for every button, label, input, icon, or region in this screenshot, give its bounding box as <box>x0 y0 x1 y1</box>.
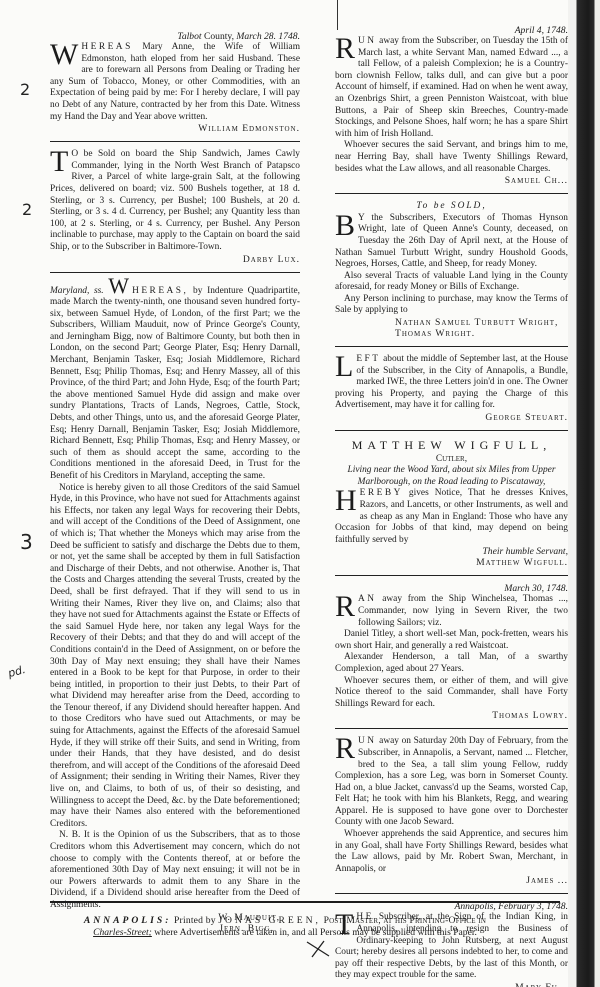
signature: Mary Fu... <box>335 982 568 987</box>
signature: Matthew Wigfull. <box>335 557 568 568</box>
margin-note-2b: 2 <box>22 200 32 219</box>
ad-body: Notice is hereby given to all those Cred… <box>50 483 300 831</box>
signature: Darby Lux. <box>50 254 300 265</box>
dateline: Annapolis, February 3, 1748. <box>335 901 568 912</box>
imprint-street: Charles-Street; <box>93 927 152 938</box>
cross-mark-icon <box>306 940 330 958</box>
drop-cap: H <box>335 489 357 513</box>
bottom-rule <box>50 901 560 903</box>
ad-body: away from the Ship Winchelsea, Thomas ..… <box>358 594 568 627</box>
ad-body: Whoever apprehends the said Apprentice, … <box>335 829 568 875</box>
drop-cap: R <box>335 37 355 61</box>
drop-cap: B <box>335 214 355 238</box>
signature: Thomas Wright. <box>335 328 568 339</box>
ad-body: by Indenture Quadripartite, made March t… <box>50 286 300 482</box>
drop-cap: R <box>335 737 355 761</box>
ad-body: Mary Anne, the Wife of William Edmonston… <box>50 42 300 122</box>
signature: William Edmonston. <box>50 123 300 134</box>
imprint-printer: JONAS GREEN, <box>218 915 321 926</box>
ad-body: Whoever secures the said Servant, and br… <box>335 140 568 175</box>
margin-note-3: 3 <box>20 530 33 554</box>
divider <box>335 193 568 194</box>
ad-body: Alexander Henderson, a tall Man, of a sw… <box>335 652 568 675</box>
ad-body: the Subscribers, Executors of Thomas Hyn… <box>335 213 568 269</box>
ad-body: away on Saturday 20th Day of February, f… <box>335 736 568 827</box>
ad-body: Daniel Titley, a short well-set Man, poc… <box>335 629 568 652</box>
ad-runaway-apprentice: RUN away on Saturday 20th Day of Februar… <box>335 736 568 886</box>
dateline: March 30, 1748. <box>335 583 568 594</box>
ad-runaway-servant: April 4, 1748. RUN away from the Subscri… <box>335 25 568 186</box>
divider <box>335 346 568 347</box>
ad-heading: To be SOLD, <box>335 201 568 213</box>
ad-body: Any Person inclining to purchase, may kn… <box>335 294 568 317</box>
drop-cap: W <box>50 43 78 67</box>
signature: James ... <box>335 875 568 886</box>
imprint-city: ANNAPOLIS: <box>84 915 172 926</box>
drop-cap: W <box>108 273 129 298</box>
ad-salt-sale: TO be Sold on board the Ship Sandwich, J… <box>50 149 300 264</box>
imprint: ANNAPOLIS: Printed by JONAS GREEN, Post-… <box>60 915 510 939</box>
dateline: April 4, 1748. <box>335 25 568 36</box>
divider <box>335 728 568 729</box>
divider <box>335 893 568 894</box>
signature: George Steuart. <box>335 412 568 423</box>
ad-left-bundle: LEFT about the middle of September last,… <box>335 354 568 423</box>
divider <box>50 141 300 142</box>
newspaper-page: 2 2 3 pd. Talbot County, March 28. 1748.… <box>0 0 600 987</box>
dateline: Talbot County, March 28. 1748. <box>50 31 300 42</box>
signature: Nathan Samuel Turbutt Wright, <box>335 317 568 328</box>
ad-executors-sale: To be SOLD, BY the Subscribers, Executor… <box>335 201 568 339</box>
left-column: Talbot County, March 28. 1748. WHEREAS M… <box>50 0 300 934</box>
divider <box>335 430 568 431</box>
divider <box>335 575 568 576</box>
ad-runaway-sailors: March 30, 1748. RAN away from the Ship W… <box>335 583 568 721</box>
ad-body: Whoever secures them, or either of them,… <box>335 676 568 711</box>
right-column: April 4, 1748. RUN away from the Subscri… <box>335 0 568 987</box>
margin-note-2a: 2 <box>20 80 30 99</box>
drop-cap: R <box>335 595 355 619</box>
signature: Thomas Lowry. <box>335 710 568 721</box>
signature: Samuel Ch... <box>335 175 568 186</box>
page-binding-edge <box>568 0 600 987</box>
ad-hyde-creditors: Maryland, ss. WHEREAS, by Indenture Quad… <box>50 280 300 934</box>
ad-heading: MATTHEW WIGFULL, <box>352 438 552 452</box>
drop-cap: T <box>50 150 68 174</box>
margin-note-pd: pd. <box>7 663 27 680</box>
ad-body: O be Sold on board the Ship Sandwich, Ja… <box>50 149 300 252</box>
ad-body: Also several Tracts of valuable Land lyi… <box>335 271 568 294</box>
ad-runaway-wife: Talbot County, March 28. 1748. WHEREAS M… <box>50 31 300 134</box>
ad-body: N. B. It is the Opinion of us the Subscr… <box>50 830 300 911</box>
divider <box>50 272 300 273</box>
drop-cap: L <box>335 355 353 379</box>
ad-cutler: MATTHEW WIGFULL, Cutler, Living near the… <box>335 438 568 568</box>
ad-body: away from the Subscriber, on Tuesday the… <box>335 36 568 139</box>
